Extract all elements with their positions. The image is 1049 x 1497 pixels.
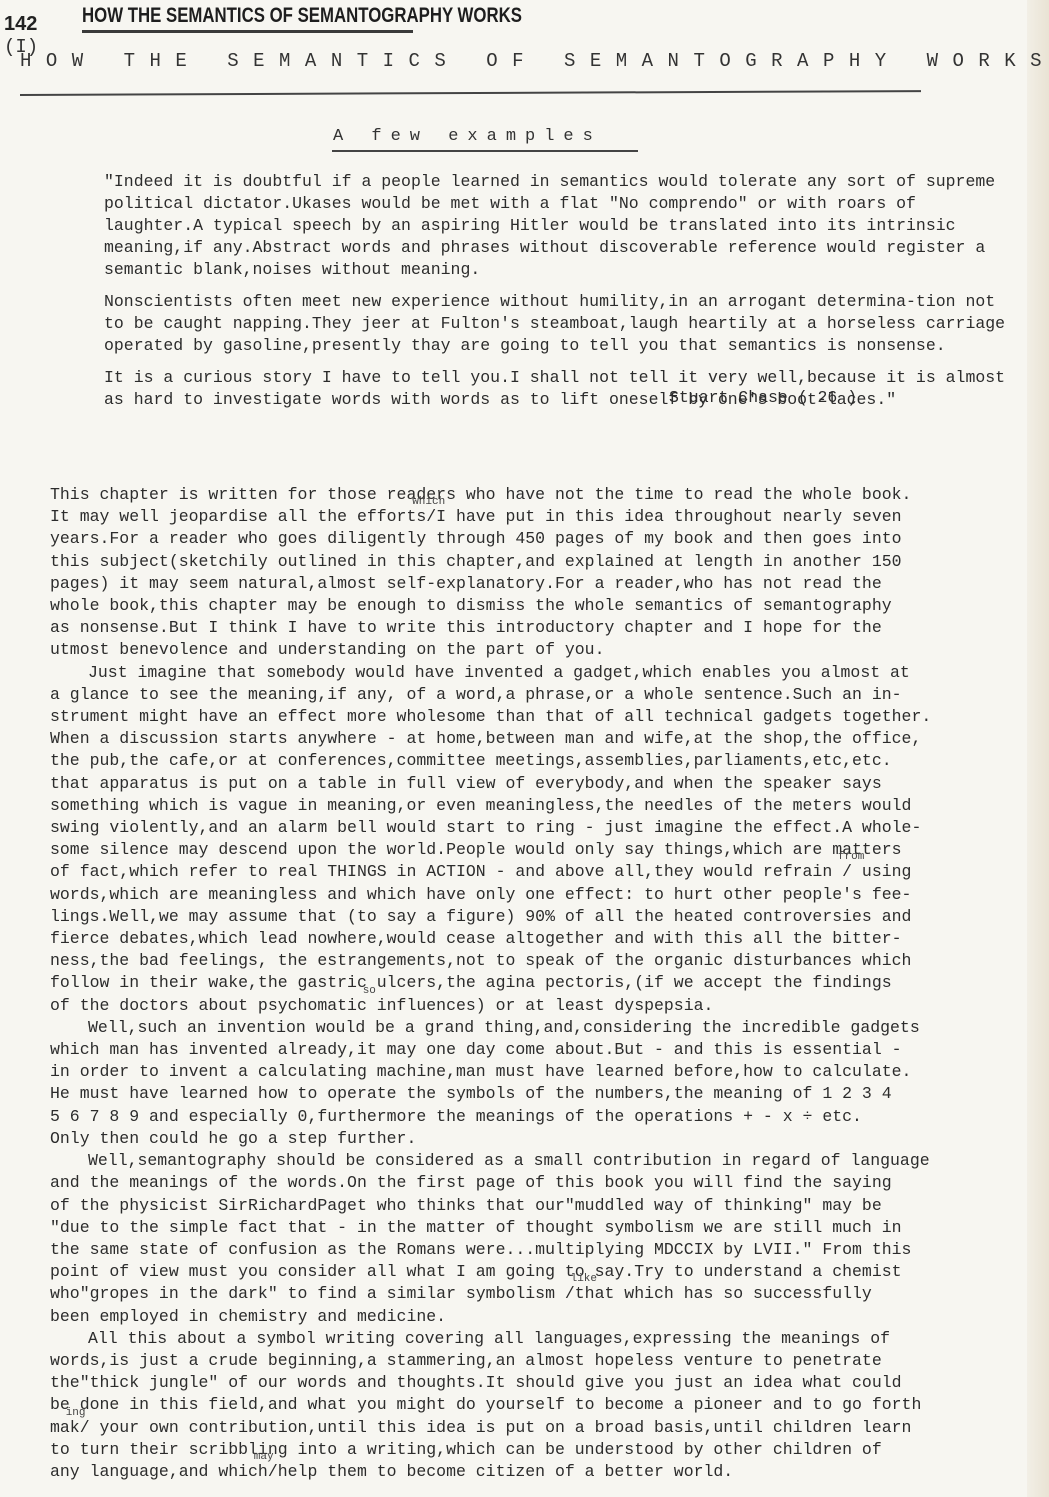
body-line: Only then could he go a step further. xyxy=(50,1128,1025,1150)
page-number: 142 xyxy=(4,14,37,34)
body-line: He must have learned how to operate the … xyxy=(50,1083,1025,1105)
body-line: and the meanings of the words.On the fir… xyxy=(50,1172,1025,1194)
chapter-title: HOW THE SEMANTICS OF SEMANTOGRAPHY WORKS xyxy=(20,50,1049,72)
body-line: swing violently,and an alarm bell would … xyxy=(50,817,1025,839)
handwritten-insertion: from xyxy=(838,852,864,863)
body-line: been employed in chemistry and medicine. xyxy=(50,1306,1025,1328)
handwritten-insertion: so xyxy=(363,986,376,997)
body-line: It may well jeopardise all the efforts/I… xyxy=(50,506,1025,528)
body-line: utmost benevolence and understanding on … xyxy=(50,639,1025,661)
body-line: fierce debates,which lead nowhere,would … xyxy=(50,928,1025,950)
body-line: as nonsense.But I think I have to write … xyxy=(50,617,1025,639)
chapter-title-rule xyxy=(20,90,921,96)
body-line: the pub,the cafe,or at conferences,commi… xyxy=(50,750,1025,772)
handwritten-insertion: like xyxy=(571,1274,597,1285)
body-line: whole book,this chapter may be enough to… xyxy=(50,595,1025,617)
epigraph-paragraph-text: It is a curious story I have to tell you… xyxy=(104,368,1005,409)
body-line: words,is just a crude beginning,a stamme… xyxy=(50,1350,1025,1372)
page-edge-shadow xyxy=(1027,0,1049,1497)
body-line: mak/ your own contribution,until this id… xyxy=(50,1417,1025,1439)
body-text: This chapter is written for those reader… xyxy=(50,484,1025,1483)
body-line: some silence may descend upon the world.… xyxy=(50,839,1025,861)
handwritten-insertion: ing xyxy=(66,1408,86,1419)
body-line: be done in this field,and what you might… xyxy=(50,1394,1025,1416)
epigraph-quote: "Indeed it is doubtful if a people learn… xyxy=(104,171,1014,421)
body-line: a glance to see the meaning,if any, of a… xyxy=(50,684,1025,706)
body-line: ness,the bad feelings, the estrangements… xyxy=(50,950,1025,972)
body-line: of the doctors about psychomatic influen… xyxy=(50,995,1025,1017)
body-line: the"thick jungle" of our words and thoug… xyxy=(50,1372,1025,1394)
section-subtitle: A few examples xyxy=(333,127,602,146)
epigraph-attribution: Stuart Chase ( 26 ) xyxy=(669,387,857,409)
body-line: Just imagine that somebody would have in… xyxy=(50,662,1025,684)
body-line: which man has invented already,it may on… xyxy=(50,1039,1025,1061)
body-line: the same state of confusion as the Roman… xyxy=(50,1239,1025,1261)
body-line: strument might have an effect more whole… xyxy=(50,706,1025,728)
epigraph-paragraph: Nonscientists often meet new experience … xyxy=(104,291,1014,357)
epigraph-paragraph: "Indeed it is doubtful if a people learn… xyxy=(104,171,1014,281)
body-line: to turn their scribbling into a writing,… xyxy=(50,1439,1025,1461)
body-line: who"gropes in the dark" to find a simila… xyxy=(50,1283,1025,1305)
body-line: in order to invent a calculating machine… xyxy=(50,1061,1025,1083)
body-line: pages) it may seem natural,almost self-e… xyxy=(50,573,1025,595)
body-line: any language,and which/help them to beco… xyxy=(50,1461,1025,1483)
body-line: of the physicist SirRichardPaget who thi… xyxy=(50,1195,1025,1217)
epigraph-paragraph: It is a curious story I have to tell you… xyxy=(104,367,1014,411)
body-line: something which is vague in meaning,or e… xyxy=(50,795,1025,817)
body-line: years.For a reader who goes diligently t… xyxy=(50,528,1025,550)
body-line: All this about a symbol writing covering… xyxy=(50,1328,1025,1350)
body-line: that apparatus is put on a table in full… xyxy=(50,773,1025,795)
subtitle-underline xyxy=(332,150,638,152)
body-line: Well,such an invention would be a grand … xyxy=(50,1017,1025,1039)
running-head-rule xyxy=(82,30,413,33)
body-line: When a discussion starts anywhere - at h… xyxy=(50,728,1025,750)
handwritten-insertion: which xyxy=(412,497,445,508)
running-head: HOW THE SEMANTICS OF SEMANTOGRAPHY WORKS xyxy=(82,3,348,29)
body-line: words,which are meaningless and which ha… xyxy=(50,884,1025,906)
body-line: follow in their wake,the gastric ulcers,… xyxy=(50,972,1025,994)
body-line: "due to the simple fact that - in the ma… xyxy=(50,1217,1025,1239)
body-line: point of view must you consider all what… xyxy=(50,1261,1025,1283)
body-line: of fact,which refer to real THINGS in AC… xyxy=(50,861,1025,883)
body-line: this subject(sketchily outlined in this … xyxy=(50,551,1025,573)
handwritten-insertion: may xyxy=(254,1452,274,1463)
body-line: Well,semantography should be considered … xyxy=(50,1150,1025,1172)
body-line: lings.Well,we may assume that (to say a … xyxy=(50,906,1025,928)
body-line: This chapter is written for those reader… xyxy=(50,484,1025,506)
body-line: 5 6 7 8 9 and especially 0,furthermore t… xyxy=(50,1106,1025,1128)
